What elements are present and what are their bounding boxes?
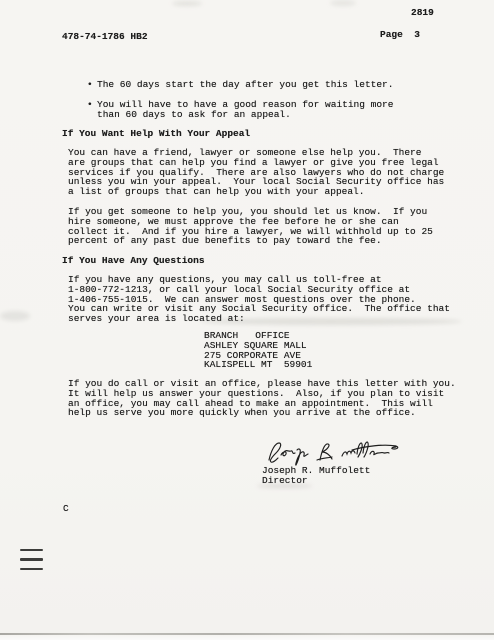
scan-smudge (330, 0, 356, 6)
section-heading-help-with-appeal: If You Want Help With Your Appeal (62, 129, 250, 139)
paragraph-questions: If you have any questions, you may call … (68, 275, 450, 324)
bullet-item: • You will have to have a good reason fo… (87, 100, 393, 120)
closing-paragraph: If you do call or visit an office, pleas… (68, 379, 456, 418)
scan-smudge (0, 311, 30, 321)
bullet-text: You will have to have a good reason for … (97, 100, 393, 120)
reference-number: 478-74-1786 HB2 (62, 32, 148, 42)
signature-image (262, 439, 402, 466)
bullet-icon: • (87, 80, 97, 90)
document-number: 2819 (411, 8, 434, 18)
paragraph-help-2: If you get someone to help you, you shou… (68, 207, 433, 246)
page-number: Page 3 (380, 30, 420, 40)
signatory-title: Director (262, 476, 308, 486)
section-heading-questions: If You Have Any Questions (62, 256, 205, 266)
typist-mark: C (63, 504, 69, 514)
paragraph-help-1: You can have a friend, lawyer or someone… (68, 148, 444, 197)
letter-page: 2819 478-74-1786 HB2 Page 3 • The 60 day… (0, 0, 494, 640)
registration-line (20, 558, 43, 560)
registration-marks (20, 549, 43, 577)
bullet-text: The 60 days start the day after you get … (97, 80, 393, 90)
bullet-item: • The 60 days start the day after you ge… (87, 80, 393, 90)
scan-edge-line (0, 633, 494, 635)
scan-smudge (172, 1, 202, 6)
bullet-icon: • (87, 100, 97, 120)
registration-line (20, 568, 43, 570)
registration-line (20, 549, 43, 551)
office-address: BRANCH OFFICE ASHLEY SQUARE MALL 275 COR… (204, 331, 312, 370)
